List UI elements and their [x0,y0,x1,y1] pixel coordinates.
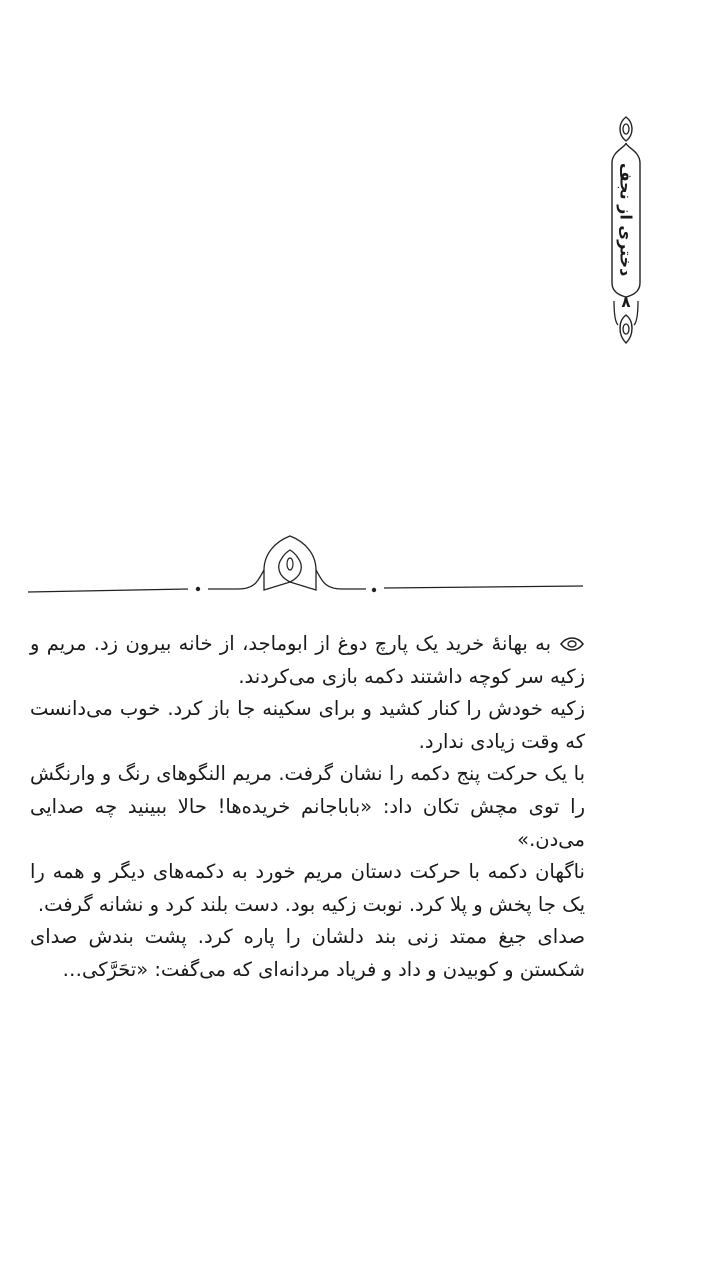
paragraph: صدای جیغ ممتد زنی بند دلشان را پاره کرد.… [30,921,585,986]
paragraph: ناگهان دکمه با حرکت دستان مریم خورد به د… [30,856,585,921]
book-title-text: دختری از نجف [617,163,636,276]
eye-ornament-icon [620,315,632,343]
eye-ornament-icon [559,635,585,653]
paragraph-text: به بهانهٔ خرید یک پارچ دوغ از ابوماجد، ا… [30,632,585,688]
section-divider [28,530,588,600]
paragraph: به بهانهٔ خرید یک پارچ دوغ از ابوماجد، ا… [30,628,585,693]
body-text: به بهانهٔ خرید یک پارچ دوغ از ابوماجد، ا… [30,628,585,987]
running-header: دختری از نجف ۸ [608,115,644,345]
paragraph: با یک حرکت پنج دکمه را نشان گرفت. مریم ا… [30,758,585,856]
book-title: دختری از نجف [608,155,644,285]
page-number: ۸ [608,293,644,311]
arch-ornament-icon [28,530,588,600]
eye-ornament-icon [620,117,632,141]
paragraph: زکیه خودش را کنار کشید و برای سکینه جا ب… [30,693,585,758]
